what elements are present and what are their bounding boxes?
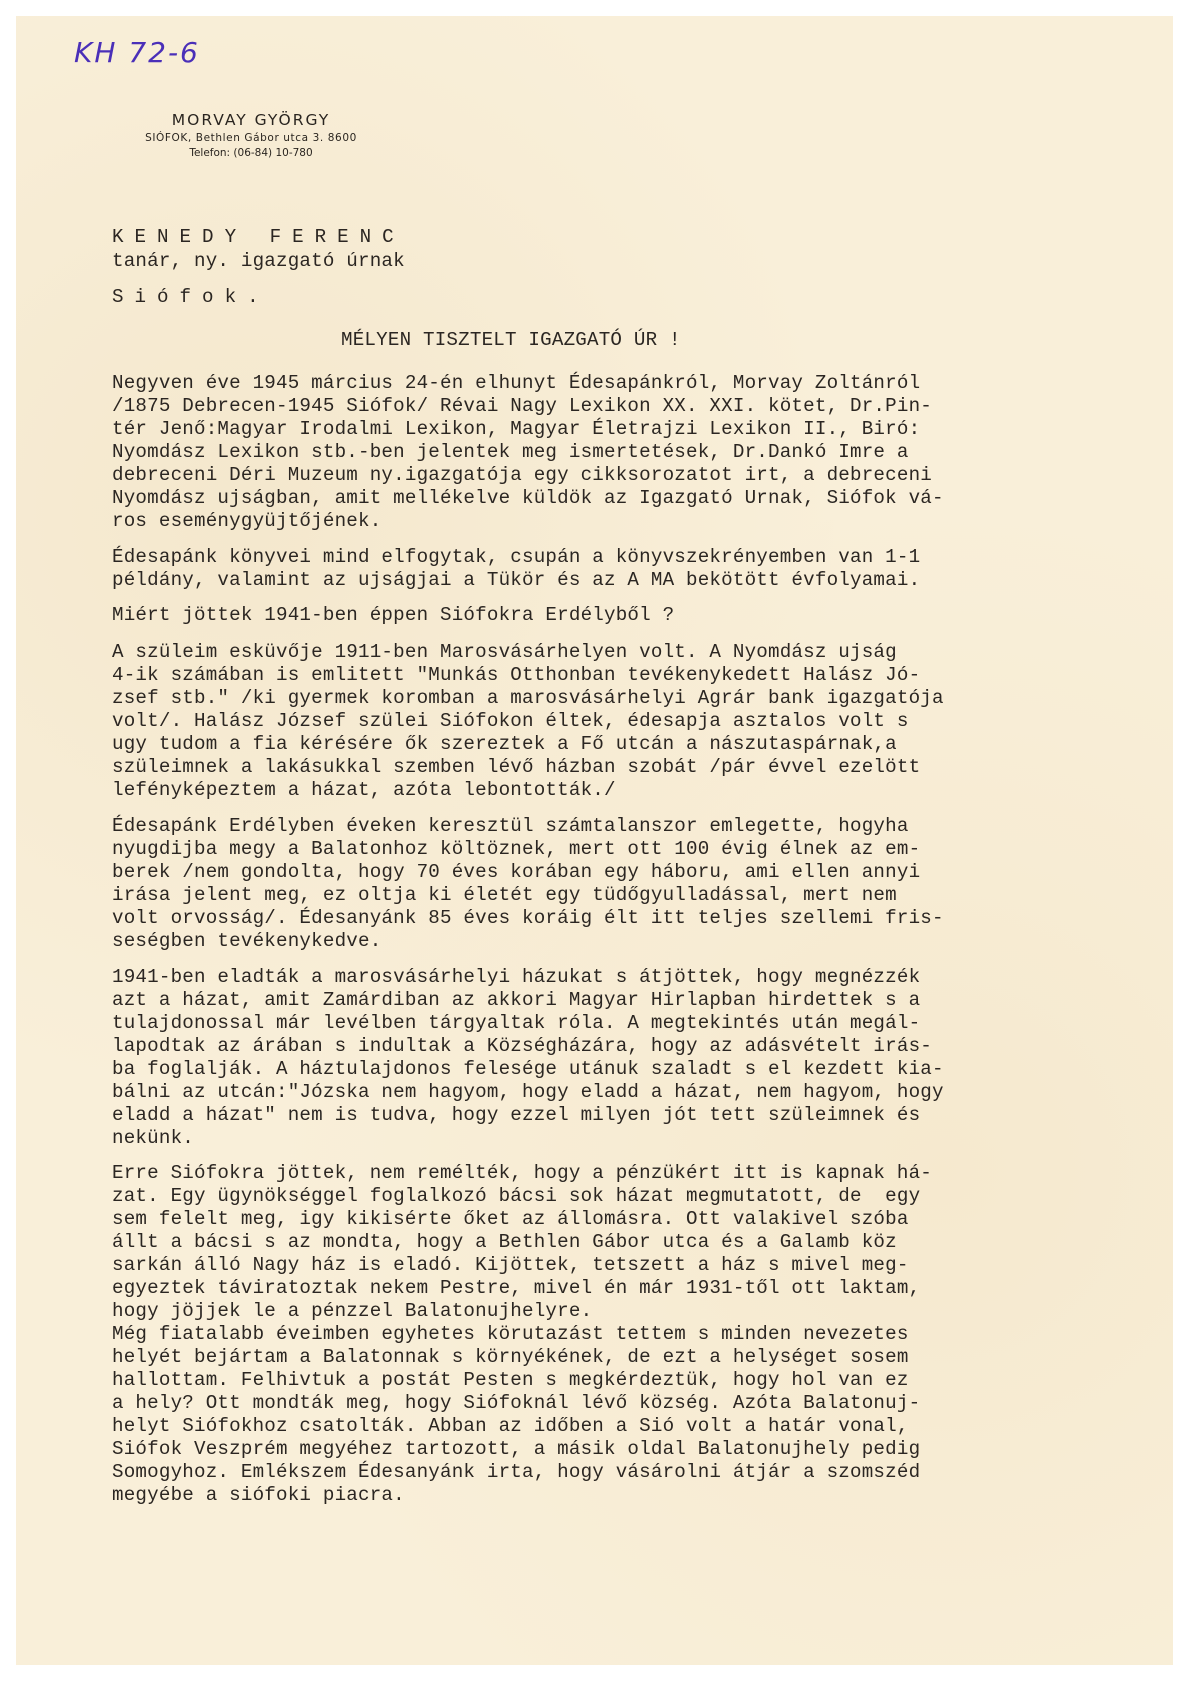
body-line: 1941-ben eladták a marosvásárhelyi házuk… bbox=[112, 966, 920, 989]
body-line: hallottam. Felhivtuk a postát Pesten s m… bbox=[112, 1369, 909, 1392]
body-line: hogy jöjjek le a pénzzel Balatonujhelyre… bbox=[112, 1300, 592, 1323]
recipient-name: KENEDY FERENC bbox=[112, 226, 405, 249]
body-line: ros eseménygyüjtőjének. bbox=[112, 510, 381, 533]
body-line: ugy tudom a fia kérésére ők szereztek a … bbox=[112, 733, 897, 756]
body-line: Édesapánk Erdélyben éveken keresztül szá… bbox=[112, 815, 909, 838]
body-line: lefényképeztem a házat, azóta lebontottá… bbox=[112, 779, 616, 802]
body-line: Édesapánk könyvei mind elfogytak, csupán… bbox=[112, 546, 920, 569]
body-line: állt a bácsi s az mondta, hogy a Bethlen… bbox=[112, 1231, 897, 1254]
archive-mark-handwritten: KH 72-6 bbox=[74, 36, 200, 69]
letterhead: MORVAY GYÖRGY SIÓFOK, Bethlen Gábor utca… bbox=[116, 109, 386, 161]
body-line: azt a házat, amit Zamárdiban az akkori M… bbox=[112, 989, 920, 1012]
body-line: Miért jöttek 1941-ben éppen Siófokra Erd… bbox=[112, 604, 674, 627]
body-line: irása jelent meg, ez oltja ki életét egy… bbox=[112, 884, 897, 907]
salutation: MÉLYEN TISZTELT IGAZGATÓ ÚR ! bbox=[341, 329, 681, 352]
letterhead-name: MORVAY GYÖRGY bbox=[116, 109, 386, 131]
body-line: helyét bejártam a Balatonnak s környékén… bbox=[112, 1346, 909, 1369]
body-line: Somogyhoz. Emlékszem Édesanyánk irta, ho… bbox=[112, 1461, 920, 1484]
letterhead-phone: Telefon: (06-84) 10-780 bbox=[116, 146, 386, 161]
body-line: A szüleim esküvője 1911-ben Marosvásárhe… bbox=[112, 641, 897, 664]
recipient-title: tanár, ny. igazgató úrnak bbox=[112, 250, 405, 273]
body-line: Nyomdász ujságban, amit mellékelve küldö… bbox=[112, 487, 944, 510]
body-line: tér Jenő:Magyar Irodalmi Lexikon, Magyar… bbox=[112, 418, 920, 441]
body-line: példány, valamint az ujságjai a Tükör és… bbox=[112, 569, 920, 592]
body-line: Erre Siófokra jöttek, nem remélték, hogy… bbox=[112, 1162, 932, 1185]
body-line: a hely? Ott mondták meg, hogy Siófoknál … bbox=[112, 1392, 920, 1415]
body-line: eladd a házat" nem is tudva, hogy ezzel … bbox=[112, 1104, 920, 1127]
body-line: lapodtak az árában s indultak a Községhá… bbox=[112, 1035, 932, 1058]
body-line: berek /nem gondolta, hogy 70 éves korába… bbox=[112, 861, 920, 884]
body-line: Még fiatalabb éveimben egyhetes körutazá… bbox=[112, 1323, 909, 1346]
body-line: nekünk. bbox=[112, 1127, 194, 1150]
body-line: helyt Siófokhoz csatolták. Abban az időb… bbox=[112, 1415, 909, 1438]
body-line: debreceni Déri Muzeum ny.igazgatója egy … bbox=[112, 464, 932, 487]
body-line: 4-ik számában is emlitett "Munkás Otthon… bbox=[112, 664, 920, 687]
body-line: Siófok Veszprém megyéhez tartozott, a má… bbox=[112, 1438, 920, 1461]
body-line: Nyomdász Lexikon stb.-ben jelentek meg i… bbox=[112, 441, 909, 464]
body-line: bálni az utcán:"Józska nem hagyom, hogy … bbox=[112, 1081, 944, 1104]
body-line: megyébe a siófoki piacra. bbox=[112, 1484, 405, 1507]
body-line: sarkán álló Nagy ház is eladó. Kijöttek,… bbox=[112, 1254, 909, 1277]
letterhead-address: SIÓFOK, Bethlen Gábor utca 3. 8600 bbox=[116, 131, 386, 146]
body-line: zsef stb." /ki gyermek koromban a marosv… bbox=[112, 687, 944, 710]
body-line: egyeztek táviratoztak nekem Pestre, mive… bbox=[112, 1277, 920, 1300]
body-line: volt/. Halász József szülei Siófokon élt… bbox=[112, 710, 909, 733]
body-line: seségben tevékenykedve. bbox=[112, 930, 381, 953]
body-line: Negyven éve 1945 március 24-én elhunyt É… bbox=[112, 372, 920, 395]
recipient-city: Siófok. bbox=[112, 286, 270, 309]
body-line: tulajdonossal már levélben tárgyaltak ró… bbox=[112, 1012, 920, 1035]
body-line: szüleimnek a lakásukkal szemben lévő ház… bbox=[112, 756, 920, 779]
body-line: volt orvosság/. Édesanyánk 85 éves korái… bbox=[112, 907, 944, 930]
body-line: zat. Egy ügynökséggel foglalkozó bácsi s… bbox=[112, 1185, 920, 1208]
body-line: ba foglalják. A háztulajdonos felesége u… bbox=[112, 1058, 944, 1081]
body-line: /1875 Debrecen-1945 Siófok/ Révai Nagy L… bbox=[112, 395, 932, 418]
body-line: nyugdijba megy a Balatonhoz költöznek, m… bbox=[112, 838, 920, 861]
body-line: sem felelt meg, igy kikisérte őket az ál… bbox=[112, 1208, 909, 1231]
